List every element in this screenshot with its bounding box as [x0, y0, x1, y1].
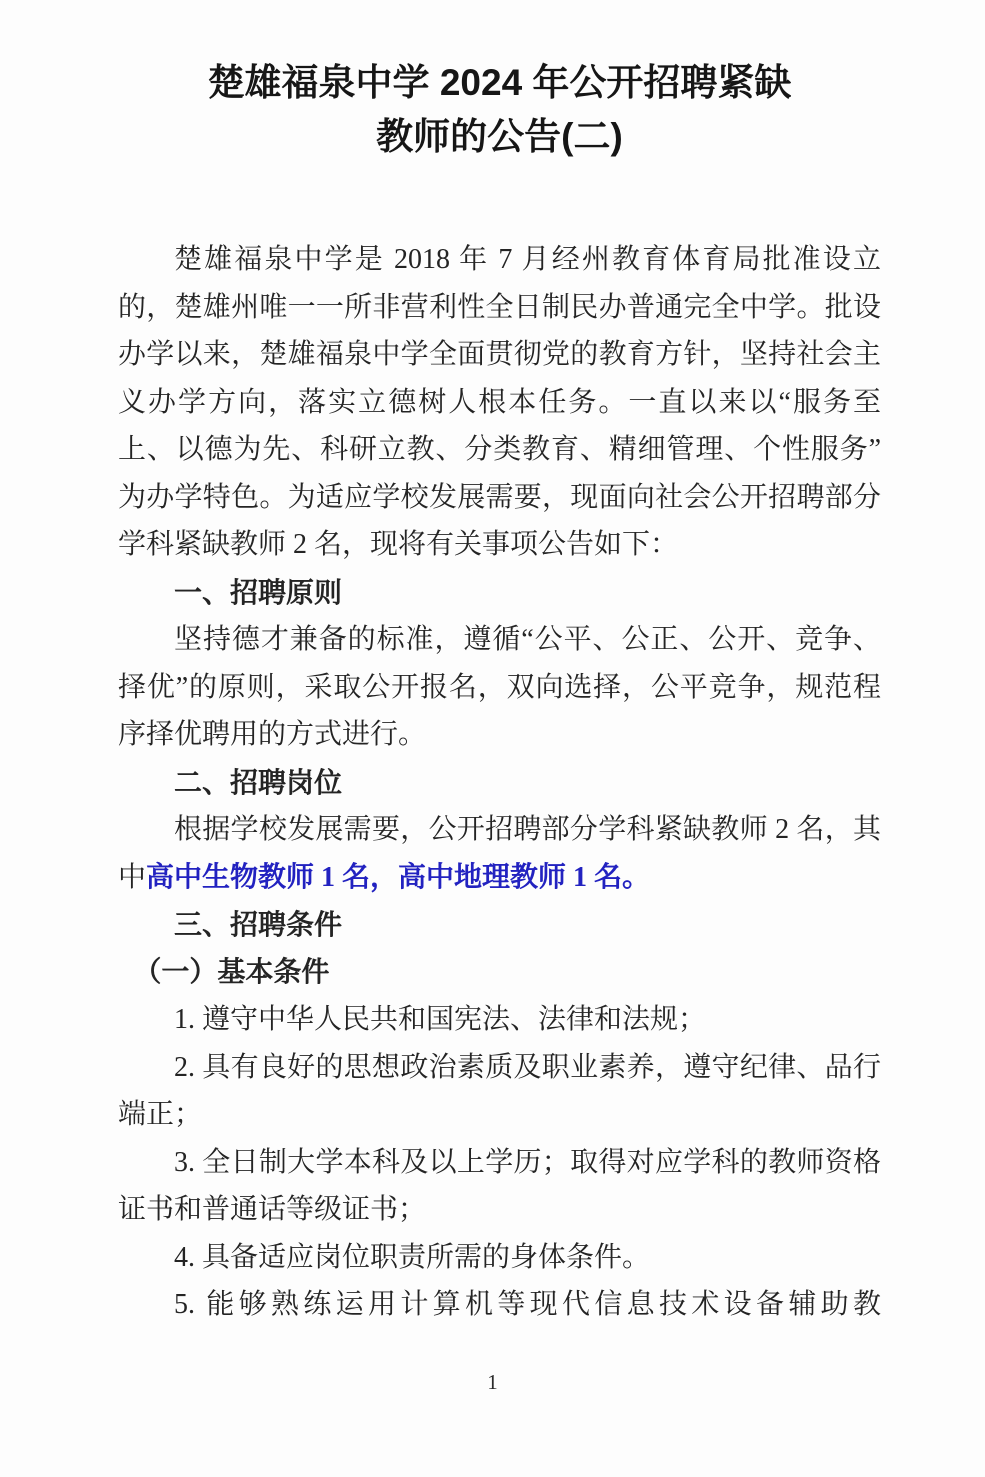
section-3-subheading-basic-conditions: （一）基本条件	[118, 949, 881, 997]
section-1-paragraph: 坚持德才兼备的标准，遵循“公平、公正、公开、竞争、择优”的原则，采取公开报名，双…	[118, 616, 881, 759]
section-3-heading: 三、招聘条件	[118, 901, 881, 949]
condition-item-4: 4. 具备适应岗位职责所需的身体条件。	[118, 1234, 881, 1282]
intro-paragraph: 楚雄福泉中学是 2018 年 7 月经州教育体育局批准设立的，楚雄州唯一一所非营…	[118, 236, 881, 569]
section-2-paragraph: 根据学校发展需要，公开招聘部分学科紧缺教师 2 名，其中高中生物教师 1 名，高…	[118, 806, 881, 901]
section-2-heading: 二、招聘岗位	[118, 759, 881, 807]
condition-item-1: 1. 遵守中华人民共和国宪法、法律和法规；	[118, 996, 881, 1044]
page-number: 1	[0, 1370, 985, 1395]
document-page: 楚雄福泉中学 2024 年公开招聘紧缺 教师的公告(二) 楚雄福泉中学是 201…	[0, 0, 985, 1477]
document-title-line-1: 楚雄福泉中学 2024 年公开招聘紧缺	[118, 56, 881, 110]
section-1-heading: 一、招聘原则	[118, 569, 881, 617]
condition-item-3: 3. 全日制大学本科及以上学历；取得对应学科的教师资格证书和普通话等级证书；	[118, 1139, 881, 1234]
condition-item-2: 2. 具有良好的思想政治素质及职业素养，遵守纪律、品行端正；	[118, 1044, 881, 1139]
condition-item-5: 5. 能够熟练运用计算机等现代信息技术设备辅助教	[118, 1281, 881, 1329]
section-2-paragraph-highlight: 高中生物教师 1 名，高中地理教师 1 名。	[146, 862, 650, 893]
document-title-line-2: 教师的公告(二)	[118, 110, 881, 164]
document-title: 楚雄福泉中学 2024 年公开招聘紧缺 教师的公告(二)	[118, 56, 881, 164]
